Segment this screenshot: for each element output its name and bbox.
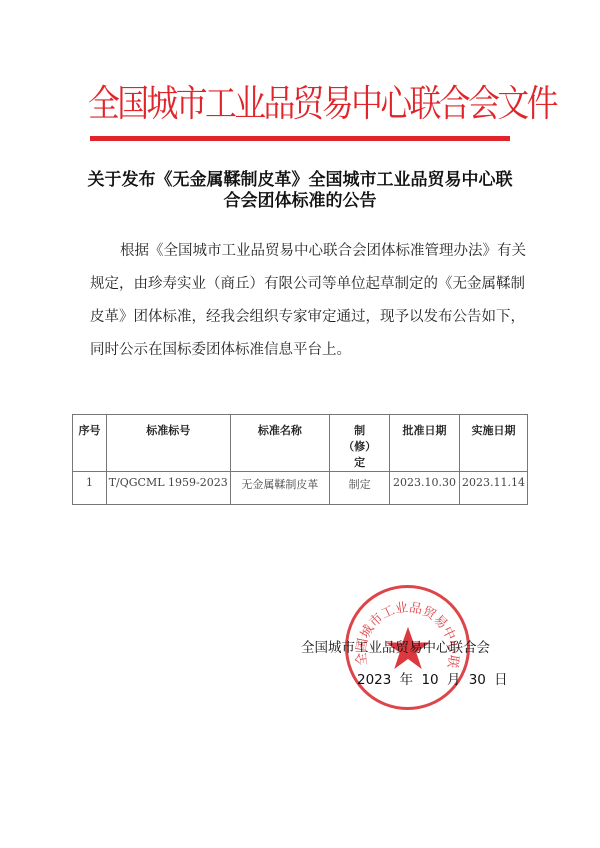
col-header-name: 标准名称: [230, 415, 330, 472]
document-title: 关于发布《无金属鞣制皮革》全国城市工业品贸易中心联 合会团体标准的公告: [60, 170, 540, 212]
document-body: 根据《全国城市工业品贸易中心联合会团体标准管理办法》有关 规定，由珍寿实业（商丘…: [90, 235, 530, 367]
masthead-divider: [90, 136, 510, 141]
col-header-effective-date: 实施日期: [459, 415, 527, 472]
signature-date: 2023 年 10 月 30 日: [357, 668, 508, 688]
cell-code: T/QGCML 1959-2023: [106, 472, 230, 505]
title-line-2: 合会团体标准的公告: [60, 191, 540, 212]
standards-table: 序号 标准标号 标准名称 制 （修） 定 批准日期 实施日期 1 T/QGCML…: [72, 414, 528, 505]
col-header-revision: 制 （修） 定: [330, 415, 390, 472]
cell-index: 1: [73, 472, 107, 505]
cell-name: 无金属鞣制皮革: [230, 472, 330, 505]
body-line-1: 根据《全国城市工业品贸易中心联合会团体标准管理办法》有关: [90, 235, 530, 268]
cell-approval-date: 2023.10.30: [390, 472, 460, 505]
table-header-row: 序号 标准标号 标准名称 制 （修） 定 批准日期 实施日期: [73, 415, 528, 472]
cell-effective-date: 2023.11.14: [459, 472, 527, 505]
document-masthead: 全国城市工业品贸易中心联合会文件: [88, 82, 556, 126]
col-header-index: 序号: [73, 415, 107, 472]
col-header-approval-date: 批准日期: [390, 415, 460, 472]
body-line-4: 同时公示在国标委团体标准信息平台上。: [90, 334, 530, 367]
body-line-3: 皮革》团体标准，经我会组织专家审定通过，现予以发布公告如下，: [90, 301, 530, 334]
cell-revision: 制定: [330, 472, 390, 505]
body-line-2: 规定，由珍寿实业（商丘）有限公司等单位起草制定的《无金属鞣制: [90, 268, 530, 301]
col-header-code: 标准标号: [106, 415, 230, 472]
table-row: 1 T/QGCML 1959-2023 无金属鞣制皮革 制定 2023.10.3…: [73, 472, 528, 505]
title-line-1: 关于发布《无金属鞣制皮革》全国城市工业品贸易中心联: [60, 170, 540, 191]
signature-organization: 全国城市工业品贸易中心联合会: [301, 636, 490, 656]
